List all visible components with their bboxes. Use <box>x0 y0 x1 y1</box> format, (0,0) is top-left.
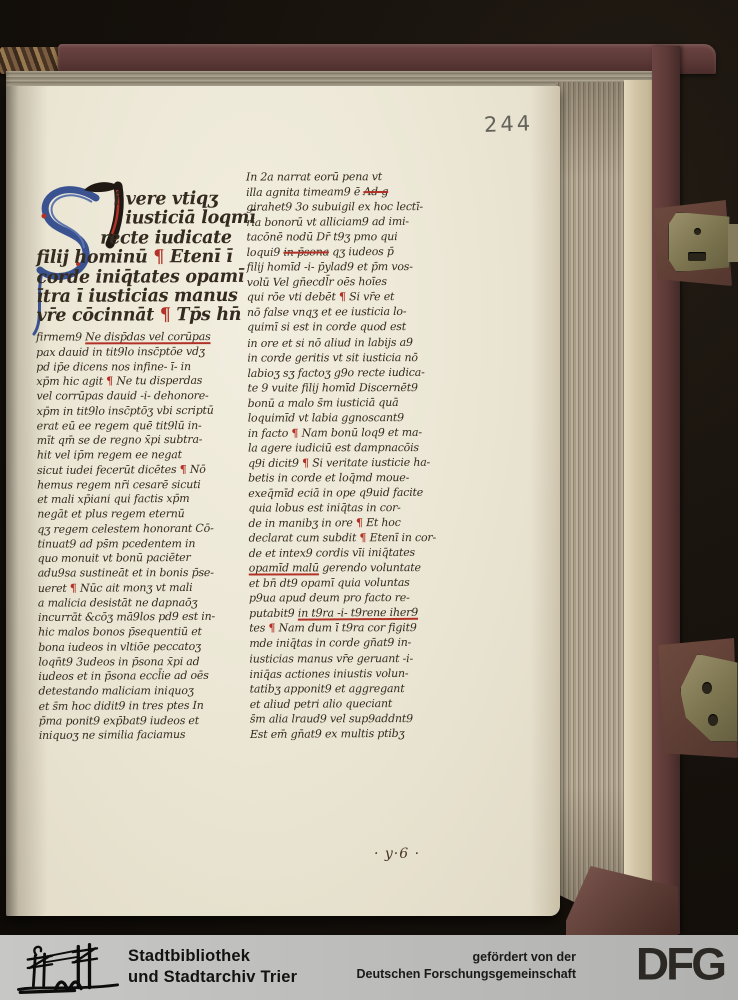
manuscript-line: declarat cum subdit ¶ Etenī in cor- <box>249 531 467 547</box>
manuscript-line: firmem9 Ne disp̄das vel corūpas <box>36 330 241 345</box>
manuscript-line: recte iudicate <box>100 227 238 247</box>
library-name: Stadtbibliothek und Stadtarchiv Trier <box>128 946 297 988</box>
clasp-plate <box>668 212 730 272</box>
manuscript-line: filij homīd -i- p̄ylad9 et p̄m vos- <box>247 260 465 276</box>
manuscript-line: erat eū ee regem quē tit9lū in- <box>37 419 242 434</box>
manuscript-line: ītra ī iusticias manus <box>36 285 238 305</box>
manuscript-line: bona iudeos in vltiōe peccatoʒ <box>38 639 243 655</box>
manuscript-line: mde iniq̄tas in corde gn̄at9 in- <box>249 636 467 653</box>
manuscript-line: a malicia desistāt ne dapnaōʒ <box>38 596 243 611</box>
manuscript-line: hemus regem nr̄i cesarē sicuti <box>37 478 242 493</box>
funding-line1: gefördert von der <box>357 949 577 966</box>
manuscript-line: iniquoʒ ne similia faciamus <box>39 728 244 744</box>
text-column-left: firmem9 Ne disp̄das vel corūpaspax dauid… <box>36 330 244 744</box>
manuscript-line: qʒ regem celestem honorant Cō- <box>37 521 242 537</box>
endband-braid <box>0 47 64 74</box>
manuscript-line: in facto ¶ Nam bonū loq9 et ma- <box>248 425 466 442</box>
book-photo: 244 i vere vtiqʒiusticiā loqmīrecte iudi… <box>0 0 738 1000</box>
manuscript-line: et mali xp̄iani qui factis xp̄m <box>37 492 242 508</box>
manuscript-line: tinuat9 ad ps̄m pcedentem in <box>37 537 242 552</box>
manuscript-line: p9ua apud deum pro facto re- <box>249 591 467 607</box>
clasp-hole <box>694 228 701 235</box>
manuscript-line: quimī si est in corde quod est <box>247 320 465 336</box>
manuscript-line: volū Vel gn̄ecdl̄r oēs hoīes <box>247 275 465 292</box>
manuscript-line: et aliud petri alio queciant <box>250 696 468 713</box>
manuscript-line: girahet9 3o subuigil ex hoc lectī- <box>246 200 464 216</box>
text-column-right: In 2a narrat eorū pena vtilla agnita tim… <box>246 169 468 742</box>
manuscript-line: pax dauid in tit9lo insc̄ptōe vdʒ <box>36 344 241 360</box>
manuscript-line: mīt qm̄ se de regno x̄pi subtra- <box>37 433 242 449</box>
manuscript-line: in corde geritis vt sit iusticia nō <box>247 351 465 367</box>
manuscript-line: corde iniq̄tates opamī <box>36 265 238 285</box>
manuscript-line: opamīd malū gerendo voluntate <box>249 561 467 577</box>
clasp-tongue <box>728 224 738 262</box>
manuscript-line: putabit9 in t9ra -i- t9rene iher9 <box>249 606 467 623</box>
manuscript-line: iusticias manus vr̄e geruant -i- <box>249 651 467 667</box>
manuscript-line: de et intex9 cordis vīi iniq̄tates <box>249 546 467 563</box>
manuscript-line: loqn̄t9 3udeos in p̄sona x̄pi ad <box>38 655 243 670</box>
manuscript-line: In 2a narrat eorū pena vt <box>246 170 464 186</box>
book-clasp-bottom <box>640 628 738 768</box>
funding-line2: Deutschen Forschungsgemeinschaft <box>357 966 577 983</box>
manuscript-line: tatibʒ apponit9 et aggregant <box>250 682 468 698</box>
manuscript-line: et s̄m hoc didit9 in tres ptes In <box>39 698 244 714</box>
manuscript-line: exeq̄mīd eciā in ope q9uid facite <box>248 485 466 502</box>
book-cover-right-edge <box>652 46 680 934</box>
manuscript-line: iudeos et in p̄sona eccl̄ie ad oēs <box>38 669 243 685</box>
dfg-logo: DFG <box>636 938 724 991</box>
manuscript-line: iniq̄as actiones iniustis volun- <box>249 666 467 683</box>
manuscript-line: betis in corde et loq̄md moue- <box>248 471 466 487</box>
clasp-rivet <box>708 714 718 726</box>
manuscript-line: qui rōe vti debēt ¶ Si vr̄e et <box>247 290 465 306</box>
quire-signature: · y·6 · <box>374 846 420 862</box>
folio-number: 244 <box>484 111 534 137</box>
manuscript-line: filij hominū ¶ Etenī ī <box>36 246 238 266</box>
manuscript-line: adu9sa sustineāt et in bonis p̄se- <box>38 566 243 581</box>
manuscript-line: la agere iudiciū est dampnacōis <box>248 441 466 457</box>
manuscript-line: pd ip̄e dicens nos infine- ī- in <box>36 360 241 375</box>
incipit-text: i vere vtiqʒiusticiā loqmīrecte iudicate… <box>36 188 238 325</box>
manuscript-line: hit vel ip̄m regem ee negat <box>37 448 242 463</box>
manuscript-line: illa agnita timeam9 ē Ad g <box>246 185 464 202</box>
manuscript-line: et bn̄ dt9 opamī quia voluntas <box>249 576 467 593</box>
manuscript-line: quo monuit vt bonū paciēter <box>38 551 243 567</box>
manuscript-line: Est em̄ gn̄at9 ex multis ptibʒ <box>250 726 468 743</box>
book-cover-top-edge <box>58 44 716 74</box>
manuscript-line: sicut iudei fecerūt dicētes ¶ Nō <box>37 462 242 478</box>
manuscript-line: bonū a malo s̄m iusticiā quā <box>248 395 466 412</box>
manuscript-line: loqui9 in p̄sona qʒ iudeos p̄ <box>247 245 465 262</box>
library-name-line2: und Stadtarchiv Trier <box>128 967 297 988</box>
manuscript-line: labioʒ sʒ factoʒ g9o recte iudica- <box>247 365 465 382</box>
manuscript-line: quia lobus est iniq̄tas in cor- <box>248 501 466 517</box>
manuscript-line: ueret ¶ Nūc ait monʒ vt mali <box>38 580 243 596</box>
clasp-rivet <box>702 682 712 694</box>
manuscript-line: xp̄m in tit9lo insc̄ptōʒ vbi scriptū <box>37 403 242 419</box>
manuscript-line: tacōnē nodū Dr̄ t9ʒ pmo qui <box>246 230 464 246</box>
library-logo-icon <box>14 939 122 997</box>
manuscript-line: negāt et plus regem eternū <box>37 507 242 522</box>
manuscript-line: vel corrūpas dauid -i- dehonore- <box>36 389 241 404</box>
manuscript-line: detestando maliciam iniquoʒ <box>39 684 244 699</box>
funding-credit: gefördert von der Deutschen Forschungsge… <box>357 949 577 982</box>
book-clasp-top <box>648 192 738 292</box>
page-edges-fore <box>556 82 626 910</box>
manuscript-line: in ore et si nō aliud in labijs a9 <box>247 335 465 352</box>
manuscript-line: vr̄e cōcinnāt ¶ Tp̄s hn̄ <box>37 304 239 324</box>
manuscript-line: incurrāt &cōʒ mā9los pd9 est in- <box>38 610 243 626</box>
library-footer: Stadtbibliothek und Stadtarchiv Trier ge… <box>0 935 738 1000</box>
manuscript-line: te 9 vuite filij homīd Discernēt9 <box>248 381 466 397</box>
manuscript-page: 244 i vere vtiqʒiusticiā loqmīrecte iudi… <box>6 86 560 916</box>
library-name-line1: Stadtbibliothek <box>128 946 297 967</box>
manuscript-line: hic malos bonos p̄sequentiū et <box>38 625 243 640</box>
manuscript-line: q9i dicit9 ¶ Si veritate iusticie ha- <box>248 455 466 472</box>
manuscript-line: xp̄m hic agit ¶ Ne tu disperdas <box>36 374 241 390</box>
manuscript-line: s̄m alia lraud9 vel sup9addnt9 <box>250 712 468 728</box>
manuscript-line: ria bonorū vt alliciam9 ad imi- <box>246 215 464 232</box>
manuscript-line: nō false vnqʒ et ee iusticia lo- <box>247 305 465 322</box>
clasp-slot <box>688 252 706 261</box>
manuscript-line: tes ¶ Nam dum ī t9ra cor figit9 <box>249 621 467 637</box>
manuscript-line: p̄ma ponit9 exp̄bat9 iudeos et <box>39 714 244 729</box>
manuscript-line: loquimīd vt labia ggnoscant9 <box>248 411 466 427</box>
manuscript-line: de in manibʒ in ore ¶ Et hoc <box>248 516 466 533</box>
manuscript-line: i vere vtiqʒ <box>114 188 238 208</box>
manuscript-line: iusticiā loqmī <box>125 207 238 227</box>
